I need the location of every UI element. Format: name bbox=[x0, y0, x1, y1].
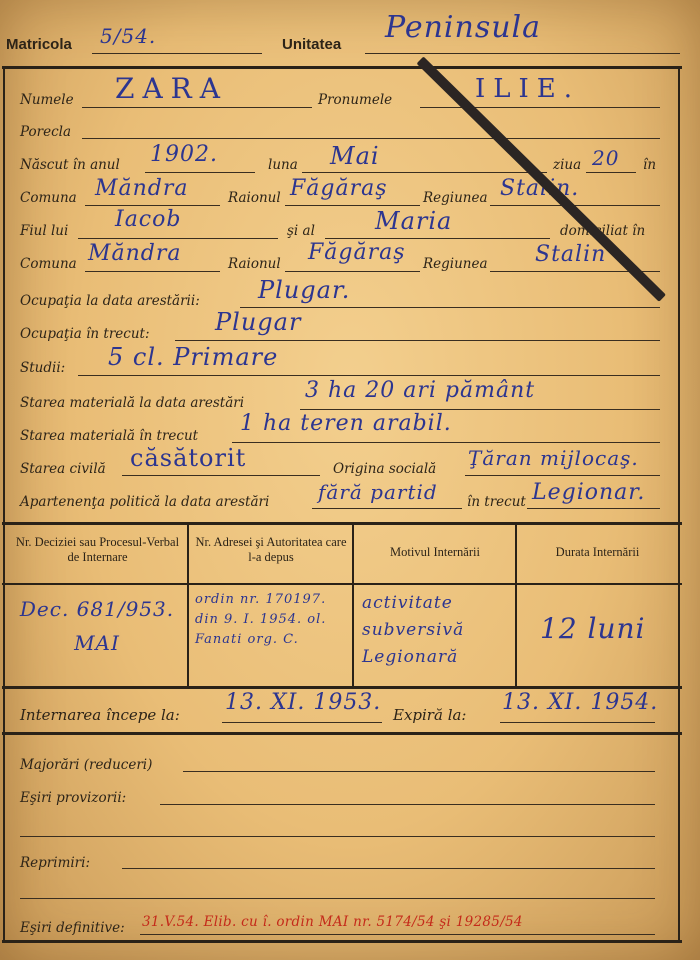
numele-label: Numele bbox=[20, 92, 74, 108]
raionul2-value: Făgăraş bbox=[308, 240, 406, 265]
frame-top bbox=[2, 66, 682, 69]
raionul2-label: Raionul bbox=[228, 256, 281, 272]
studii-line bbox=[78, 375, 660, 376]
expira-label: Expiră la: bbox=[393, 706, 466, 724]
numele-line bbox=[82, 107, 312, 108]
table-bottom-line bbox=[2, 686, 682, 689]
table-header-decizie: Nr. Deciziei sau Procesul-Verbal de Inte… bbox=[10, 535, 185, 565]
regiunea2-value: Stalin bbox=[535, 242, 606, 267]
table-cell-adresa: ordin nr. 170197. din 9. I. 1954. ol. Fa… bbox=[195, 590, 350, 650]
ziua-line bbox=[586, 172, 636, 173]
regiunea1-label: Regiunea bbox=[423, 190, 488, 206]
porecla-line bbox=[82, 138, 660, 139]
in-trecut-value: Legionar. bbox=[532, 480, 645, 505]
in-trecut-label: în trecut bbox=[467, 494, 526, 510]
prenumele-value: ILIE. bbox=[475, 74, 580, 104]
unitatea-line bbox=[365, 53, 680, 54]
numele-value: ZARA bbox=[115, 72, 228, 105]
prenumele-label: Pronumele bbox=[318, 92, 392, 108]
raionul1-line bbox=[285, 205, 420, 206]
reprimiri-line bbox=[122, 868, 655, 869]
in-trecut-line bbox=[527, 508, 660, 509]
incepe-line bbox=[222, 722, 382, 723]
stare-mat-arest-value: 3 ha 20 ari pământ bbox=[305, 378, 535, 403]
blank-line bbox=[20, 836, 655, 837]
table-top-line bbox=[2, 522, 682, 525]
matricola-value: 5/54. bbox=[100, 24, 156, 48]
ocupatia-trecut-label: Ocupaţia în trecut: bbox=[20, 326, 150, 342]
stare-mat-trecut-value: 1 ha teren arabil. bbox=[240, 411, 452, 436]
si-al-value: Maria bbox=[375, 207, 452, 235]
regiunea2-label: Regiunea bbox=[423, 256, 488, 272]
blank-line bbox=[20, 898, 655, 899]
table-header-durata: Durata Internării bbox=[520, 545, 675, 560]
in-label: în bbox=[643, 157, 656, 173]
esiri-def-label: Eşiri definitive: bbox=[20, 920, 125, 936]
table-cell-durata: 12 luni bbox=[540, 612, 646, 645]
unitatea-label: Unitatea bbox=[282, 36, 341, 53]
table-col-divider bbox=[515, 522, 517, 688]
origina-line bbox=[465, 475, 660, 476]
majorari-line bbox=[183, 771, 655, 772]
comuna1-value: Măndra bbox=[95, 176, 189, 201]
apartenenta-line bbox=[312, 508, 462, 509]
si-al-label: şi al bbox=[287, 223, 315, 239]
esiri-def-line bbox=[140, 934, 655, 935]
prenumele-line bbox=[420, 107, 660, 108]
esiri-def-value: 31.V.54. Elib. cu î. ordin MAI nr. 5174/… bbox=[142, 914, 523, 930]
expira-value: 13. XI. 1954. bbox=[502, 690, 658, 715]
comuna1-label: Comuna bbox=[20, 190, 77, 206]
unitatea-value: Peninsula bbox=[385, 10, 541, 45]
apartenenta-value: fără partid bbox=[318, 480, 438, 504]
origina-label: Origina socială bbox=[333, 461, 436, 477]
studii-value: 5 cl. Primare bbox=[108, 343, 278, 371]
reprimiri-label: Reprimiri: bbox=[20, 855, 90, 871]
esiri-prov-line bbox=[160, 804, 655, 805]
comuna2-value: Măndra bbox=[88, 241, 182, 266]
majorari-label: Majorări (reduceri) bbox=[20, 757, 152, 773]
ocupatia-arest-label: Ocupaţia la data arestării: bbox=[20, 293, 200, 309]
ziua-value: 20 bbox=[592, 146, 619, 170]
table-header-adresa: Nr. Adresei şi Autoritatea care l-a depu… bbox=[192, 535, 350, 565]
frame-right bbox=[678, 66, 680, 942]
table-cell-motiv: activitate subversivă Legionară bbox=[362, 590, 512, 671]
ocupatia-trecut-line bbox=[175, 340, 660, 341]
table-col-divider bbox=[352, 522, 354, 688]
table-col-divider bbox=[187, 522, 189, 688]
table-header-motiv: Motivul Internării bbox=[356, 545, 514, 560]
porecla-label: Porecla bbox=[20, 124, 71, 140]
internare-bottom-line bbox=[2, 732, 682, 735]
stare-mat-arest-line bbox=[300, 409, 660, 410]
studii-label: Studii: bbox=[20, 360, 65, 376]
ocupatia-arest-line bbox=[240, 307, 660, 308]
matricola-line bbox=[92, 53, 262, 54]
stare-civila-line bbox=[122, 475, 320, 476]
stare-civila-value: căsătorit bbox=[130, 444, 246, 472]
expira-line bbox=[500, 722, 655, 723]
frame-bottom bbox=[2, 940, 682, 943]
table-header-line bbox=[2, 583, 682, 585]
fiul-label: Fiul lui bbox=[20, 223, 68, 239]
nascut-label: Născut în anul bbox=[20, 157, 120, 173]
incepe-value: 13. XI. 1953. bbox=[225, 690, 381, 715]
frame-left bbox=[3, 66, 5, 942]
fiul-value: Iacob bbox=[115, 207, 181, 232]
nascut-line bbox=[145, 172, 255, 173]
luna-value: Mai bbox=[330, 142, 380, 170]
luna-label: luna bbox=[268, 157, 298, 173]
luna-line bbox=[302, 172, 547, 173]
stare-mat-trecut-label: Starea materială în trecut bbox=[20, 428, 198, 444]
incepe-label: Internarea începe la: bbox=[20, 706, 180, 724]
comuna1-line bbox=[85, 205, 220, 206]
raionul1-value: Făgăraş bbox=[290, 176, 388, 201]
fiul-line bbox=[78, 238, 278, 239]
table-cell-decizie: Dec. 681/953. MAI bbox=[12, 592, 182, 660]
si-al-line bbox=[325, 238, 550, 239]
esiri-prov-label: Eşiri provizorii: bbox=[20, 790, 126, 806]
stare-mat-trecut-line bbox=[232, 442, 660, 443]
apartenenta-label: Apartenenţa politică la data arestări bbox=[20, 494, 269, 510]
nascut-an-value: 1902. bbox=[150, 142, 218, 167]
ziua-label: ziua bbox=[553, 157, 581, 173]
raionul1-label: Raionul bbox=[228, 190, 281, 206]
origina-value: Ţăran mijlocaş. bbox=[468, 446, 639, 470]
ocupatia-arest-value: Plugar. bbox=[258, 276, 350, 304]
stare-mat-arest-label: Starea materială la data arestări bbox=[20, 395, 244, 411]
stare-civila-label: Starea civilă bbox=[20, 461, 106, 477]
comuna2-line bbox=[85, 271, 220, 272]
comuna2-label: Comuna bbox=[20, 256, 77, 272]
matricola-label: Matricola bbox=[6, 36, 72, 53]
ocupatia-trecut-value: Plugar bbox=[215, 308, 301, 336]
raionul2-line bbox=[285, 271, 420, 272]
